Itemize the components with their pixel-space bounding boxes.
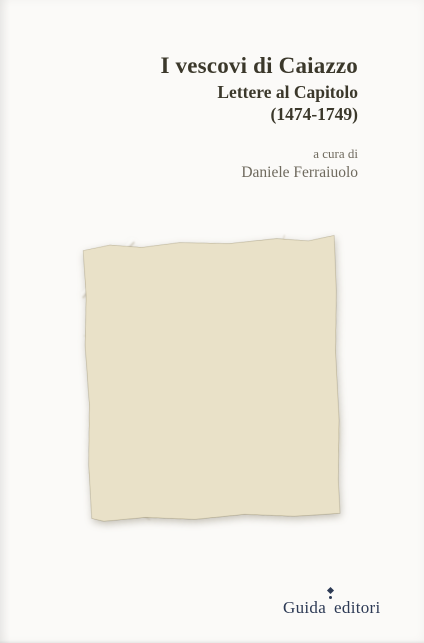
manuscript-photo [80, 230, 343, 524]
paper-sheen [83, 235, 341, 521]
publisher-name-left: Guida [283, 598, 326, 617]
publisher-logo: Guidaeditori [283, 598, 381, 618]
curator-name: Daniele Ferraiuolo [241, 164, 358, 181]
title-block: I vescovi di Caiazzo Lettere al Capitolo… [160, 54, 358, 123]
curator-block: a cura di Daniele Ferraiuolo [241, 147, 358, 181]
curator-prefix: a cura di [241, 147, 358, 161]
book-cover: I vescovi di Caiazzo Lettere al Capitolo… [0, 0, 424, 643]
book-title: I vescovi di Caiazzo [160, 54, 358, 78]
publisher-diamond-icon [326, 600, 334, 613]
book-subtitle: Lettere al Capitolo [160, 83, 358, 101]
manuscript-image [80, 230, 343, 524]
book-years: (1474-1749) [160, 105, 358, 123]
publisher-name-right: editori [334, 598, 380, 617]
